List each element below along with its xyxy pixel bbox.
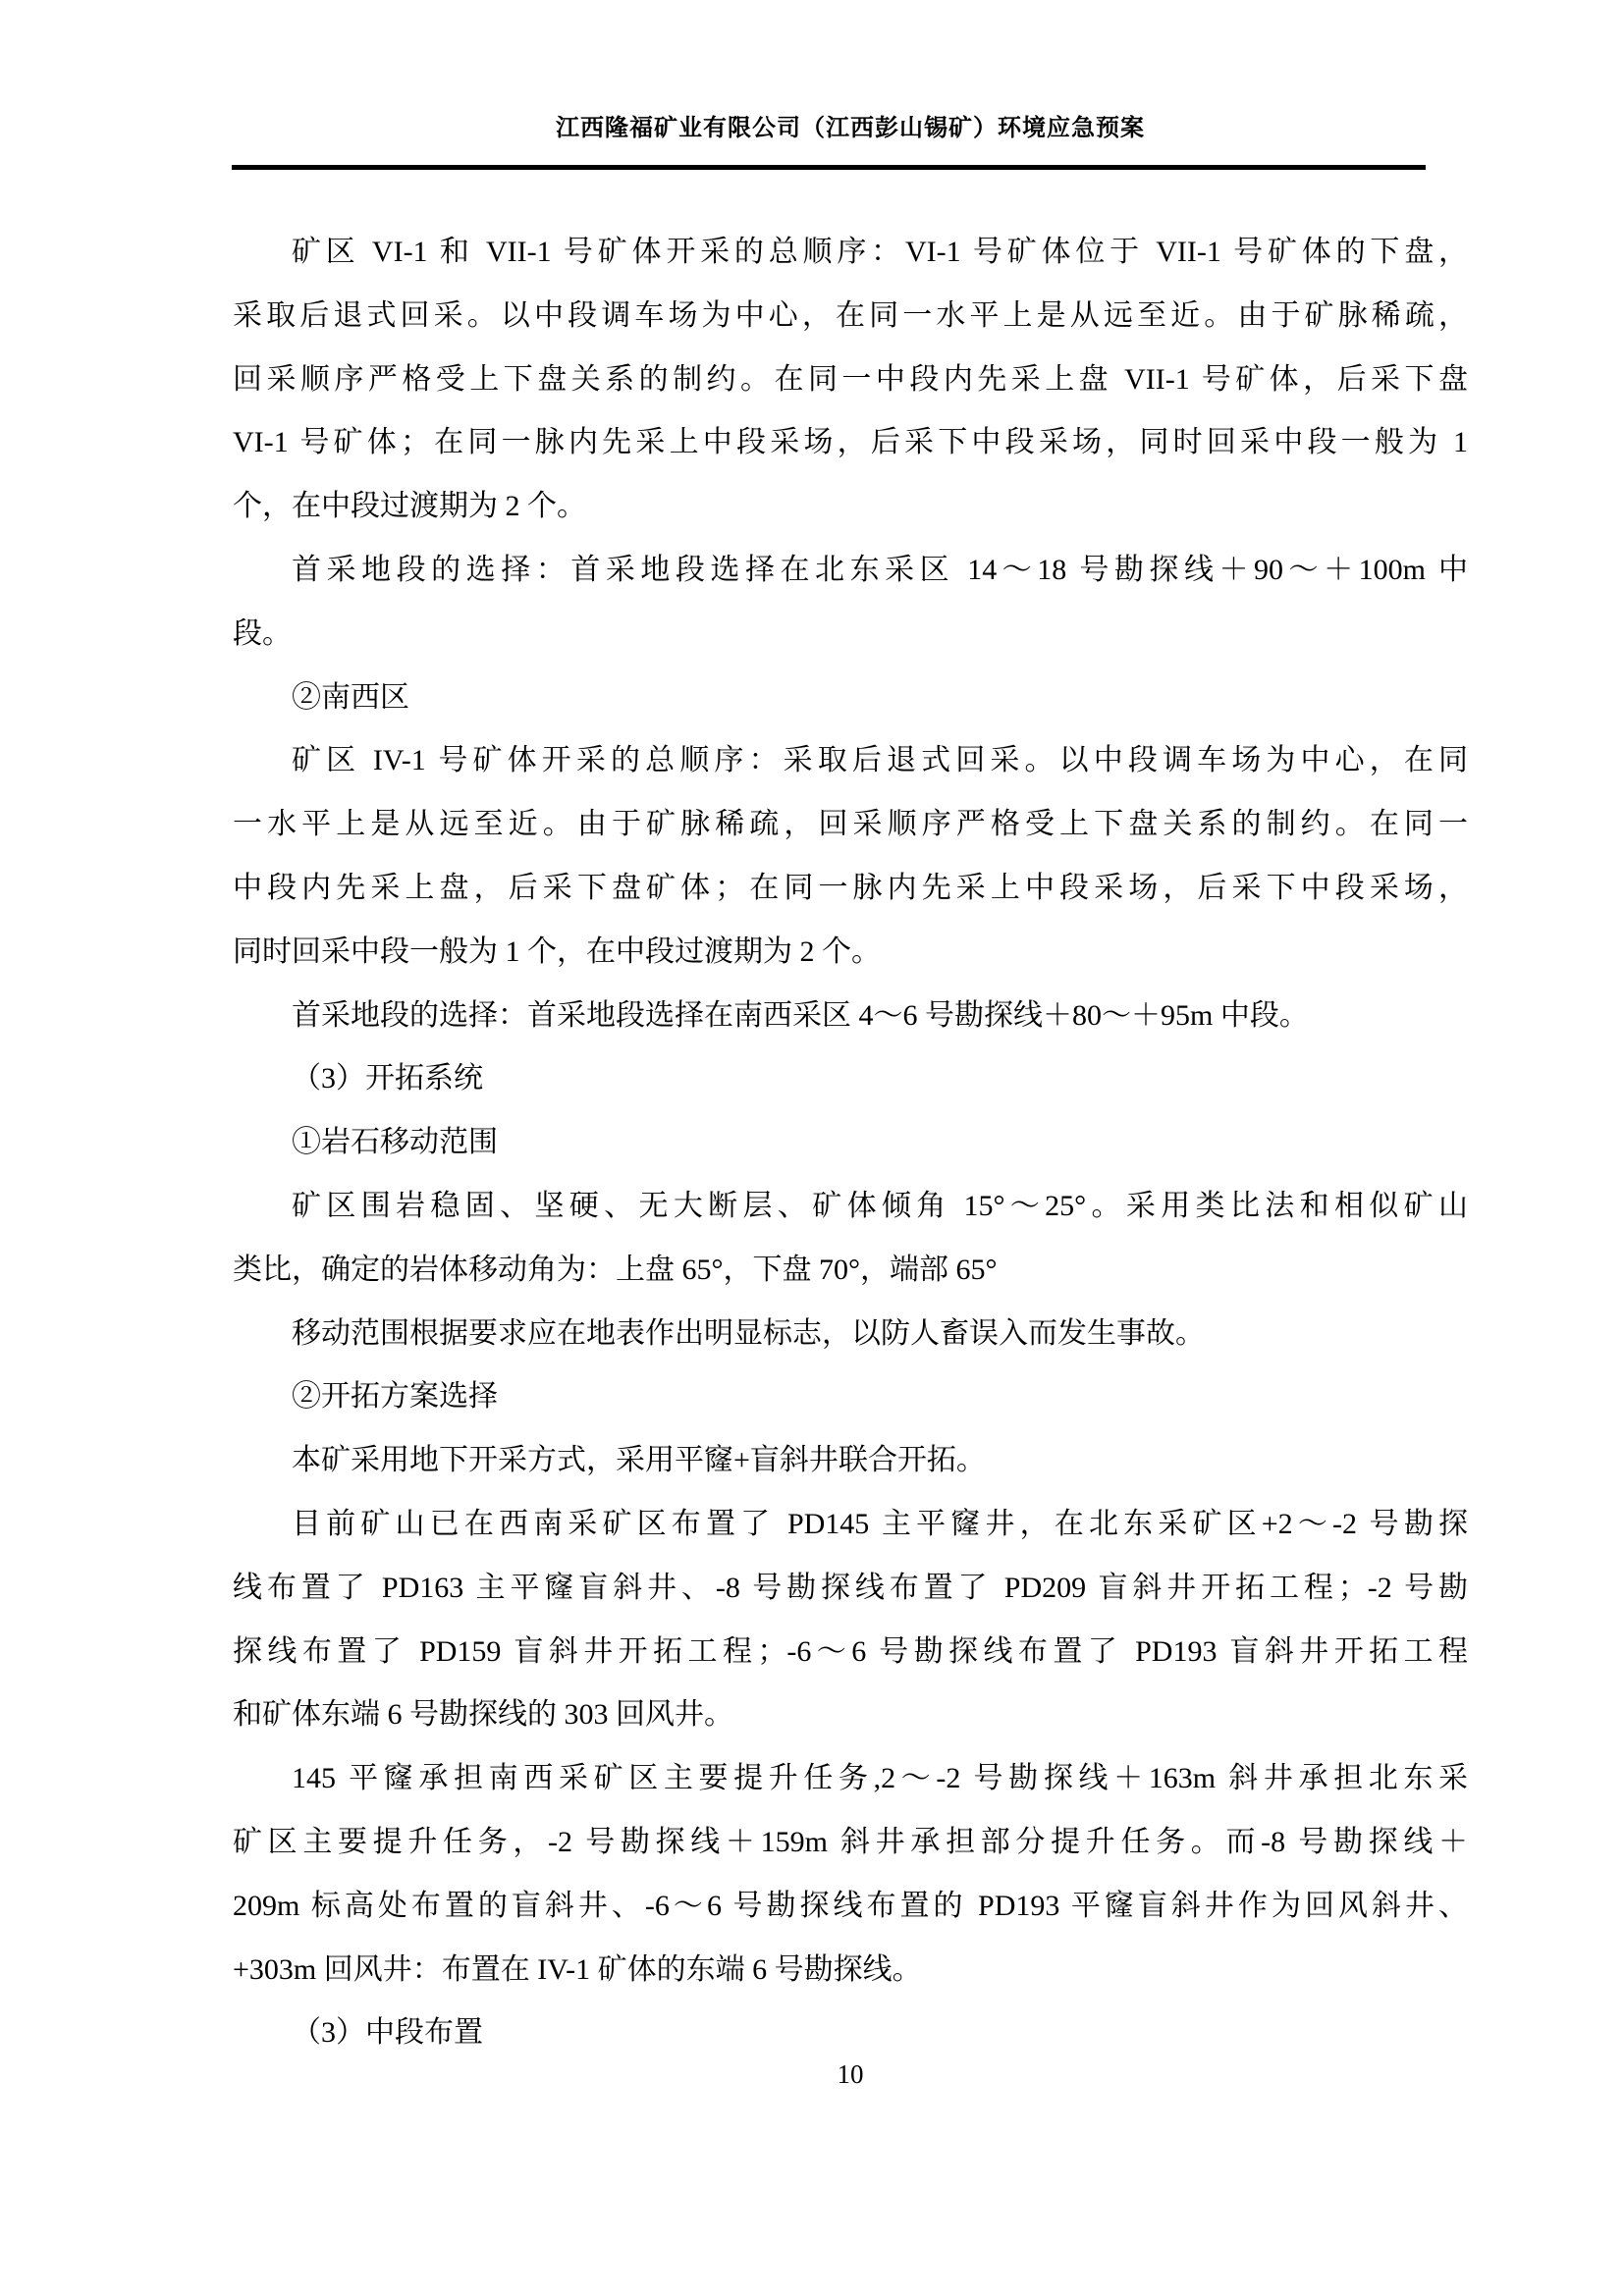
body-line: +303m 回风井：布置在 IV-1 矿体的东端 6 号勘探线。 [233, 1939, 1468, 2002]
body-line: 矿区 IV-1 号矿体开采的总顺序：采取后退式回采。以中段调车场为中心，在同 [233, 729, 1468, 793]
body-line: （3）开拓系统 [233, 1047, 1468, 1111]
body-line: 一水平上是从远至近。由于矿脉稀疏，回采顺序严格受上下盘关系的制约。在同一 [233, 793, 1468, 857]
body-line: 矿区 VI-1 和 VII-1 号矿体开采的总顺序：VI-1 号矿体位于 VII… [233, 221, 1468, 285]
body-line: 矿区围岩稳固、坚硬、无大断层、矿体倾角 15°～25°。采用类比法和相似矿山 [233, 1175, 1468, 1239]
body-line: 移动范围根据要求应在地表作出明显标志，以防人畜误入而发生事故。 [233, 1303, 1468, 1366]
body-line: 本矿采用地下开采方式，采用平窿+盲斜井联合开拓。 [233, 1429, 1468, 1493]
document-body: 矿区 VI-1 和 VII-1 号矿体开采的总顺序：VI-1 号矿体位于 VII… [233, 221, 1468, 2065]
body-line: ①岩石移动范围 [233, 1111, 1468, 1175]
page-number: 10 [233, 2043, 1468, 2106]
body-line: 矿区主要提升任务，-2 号勘探线＋159m 斜井承担部分提升任务。而-8 号勘探… [233, 1811, 1468, 1875]
document-page: 江西隆福矿业有限公司（江西彭山锡矿）环境应急预案 矿区 VI-1 和 VII-1… [0, 0, 1624, 2296]
body-line: 线布置了 PD163 主平窿盲斜井、-8 号勘探线布置了 PD209 盲斜井开拓… [233, 1557, 1468, 1621]
body-line: 类比，确定的岩体移动角为：上盘 65°，下盘 70°，端部 65° [233, 1239, 1468, 1303]
body-line: 和矿体东端 6 号勘探线的 303 回风井。 [233, 1683, 1468, 1747]
body-line: 145 平窿承担南西采矿区主要提升任务,2～-2 号勘探线＋163m 斜井承担北… [233, 1747, 1468, 1811]
body-line: 采取后退式回采。以中段调车场为中心，在同一水平上是从远至近。由于矿脉稀疏， [233, 285, 1468, 348]
header-rule-divider [232, 165, 1426, 170]
body-line: 首采地段的选择：首采地段选择在南西采区 4～6 号勘探线＋80～＋95m 中段。 [233, 985, 1468, 1048]
body-line: 209m 标高处布置的盲斜井、-6～6 号勘探线布置的 PD193 平窿盲斜井作… [233, 1875, 1468, 1939]
body-line: 探线布置了 PD159 盲斜井开拓工程；-6～6 号勘探线布置了 PD193 盲… [233, 1621, 1468, 1684]
body-line: 中段内先采上盘，后采下盘矿体；在同一脉内先采上中段采场，后采下中段采场， [233, 857, 1468, 921]
body-line: 首采地段的选择：首采地段选择在北东采区 14～18 号勘探线＋90～＋100m … [233, 539, 1468, 603]
body-line: 回采顺序严格受上下盘关系的制约。在同一中段内先采上盘 VII-1 号矿体，后采下… [233, 348, 1468, 412]
body-line: 段。 [233, 603, 1468, 667]
body-line: ②开拓方案选择 [233, 1365, 1468, 1429]
body-line: ②南西区 [233, 667, 1468, 730]
body-line: VI-1 号矿体；在同一脉内先采上中段采场，后采下中段采场，同时回采中段一般为 … [233, 411, 1468, 475]
body-line: 目前矿山已在西南采矿区布置了 PD145 主平窿井，在北东采矿区+2～-2 号勘… [233, 1493, 1468, 1557]
body-line: 同时回采中段一般为 1 个，在中段过渡期为 2 个。 [233, 921, 1468, 985]
body-line: 个，在中段过渡期为 2 个。 [233, 475, 1468, 539]
page-header-title: 江西隆福矿业有限公司（江西彭山锡矿）环境应急预案 [233, 114, 1468, 143]
